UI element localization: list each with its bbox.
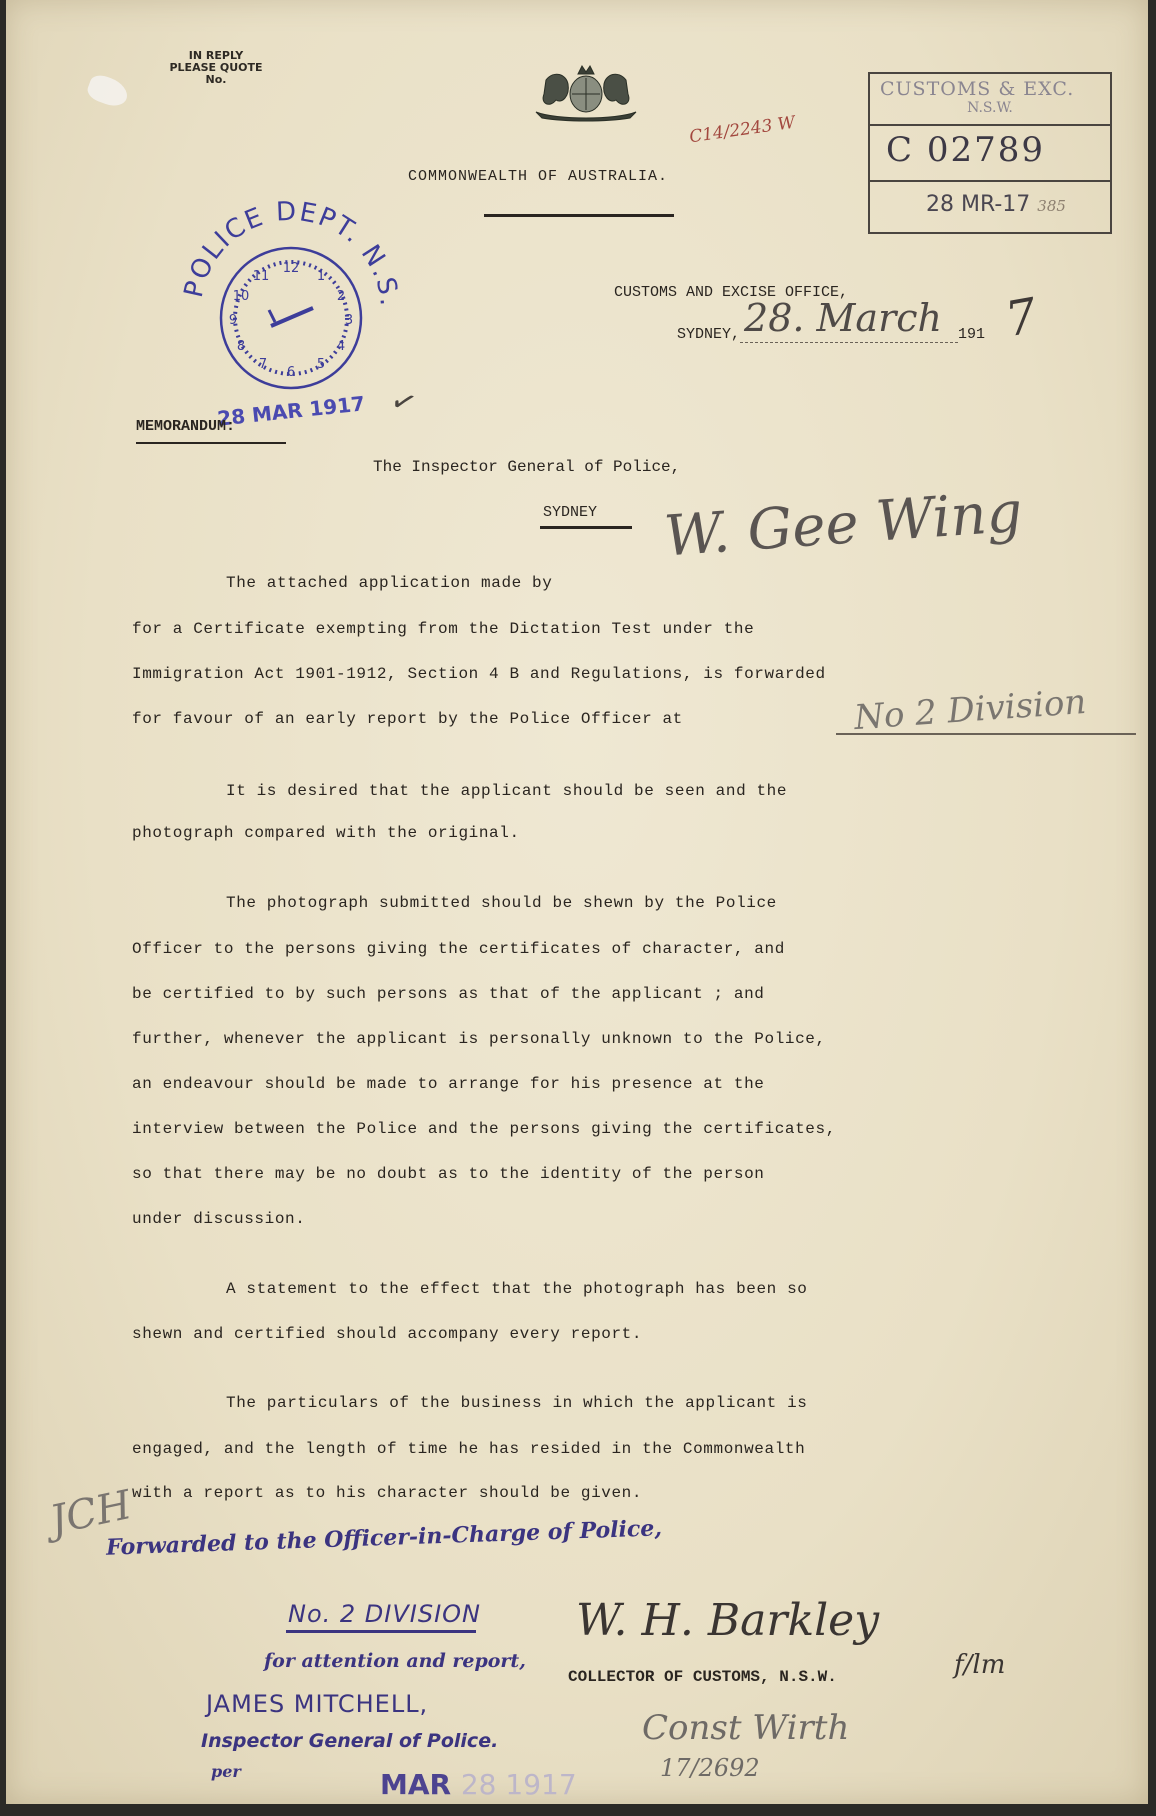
collector-signature: W. H. Barkley [576,1595,879,1646]
inspector-name: JAMES MITCHELL, [206,1690,428,1718]
svg-text:28 MAR 1917: 28 MAR 1917 [216,391,366,430]
svg-text:7: 7 [259,357,267,372]
collector-initials: f/lm [954,1650,1005,1680]
body-line: interview between the Police and the per… [132,1120,836,1138]
title-rule [484,214,674,217]
attention-line: for attention and report, [264,1650,526,1672]
body-line: Officer to the persons giving the certif… [132,940,785,958]
memorandum-label: MEMORANDUM: [136,418,235,435]
customs-received-stamp: CUSTOMS & EXC. N.S.W. C 02789 28 MR-17 3… [868,72,1112,234]
svg-text:9: 9 [229,313,237,328]
received-month: MAR [380,1768,451,1801]
stamp-divider [870,124,1110,126]
body-line: so that there may be no doubt as to the … [132,1165,765,1183]
police-dept-clock-stamp-icon: POLICE DEPT. N.S.W. 1212 345 678 91011 2… [171,190,411,430]
handwritten-division: No 2 Division [853,682,1088,738]
coat-of-arms-icon [526,60,646,122]
svg-text:3: 3 [345,313,353,328]
svg-text:12: 12 [283,261,300,276]
svg-text:8: 8 [237,339,245,354]
svg-text:10: 10 [233,289,250,304]
division-stamp-underline [286,1630,476,1633]
stamp-date-text: 28 MR-17 [926,192,1030,217]
received-date-stamp: MAR 28 1917 [380,1768,577,1801]
body-line: for favour of an early report by the Pol… [132,710,683,728]
handwritten-applicant-name: W. Gee Wing [662,480,1024,570]
body-line: It is desired that the applicant should … [226,782,787,800]
stamp-line-2: N.S.W. [870,100,1110,116]
date-fill-line: 28. March [740,324,958,343]
forwarded-stamp-line: Forwarded to the Officer-in-Charge of Po… [106,1515,663,1560]
body-line: further, whenever the applicant is perso… [132,1030,826,1048]
body-line: engaged, and the length of time he has r… [132,1440,805,1458]
office-city: SYDNEY, [677,326,740,343]
addressee-rule [540,526,632,529]
inspector-title: Inspector General of Police. [201,1730,498,1752]
svg-text:POLICE DEPT. N.S.W.: POLICE DEPT. N.S.W. [171,190,404,309]
division-underline [836,733,1136,735]
constable-note: Const Wirth [642,1708,849,1748]
body-line: be certified to by such persons as that … [132,985,765,1003]
stamp-number: C 02789 [886,130,1045,170]
torn-corner [85,72,131,110]
svg-text:5: 5 [317,357,325,372]
svg-text:2: 2 [337,289,345,304]
handwritten-reference: C14/2243 W [688,113,796,148]
body-line: The photograph submitted should be shewn… [226,894,777,912]
body-line: Immigration Act 1901-1912, Section 4 B a… [132,665,826,683]
body-line: under discussion. [132,1210,305,1228]
addressee: The Inspector General of Police, [373,458,680,476]
stamp-date-note: 385 [1037,197,1066,215]
office-date-line: SYDNEY,28. March191 [677,324,985,343]
svg-text:4: 4 [337,339,345,354]
body-line: A statement to the effect that the photo… [226,1280,808,1298]
svg-text:6: 6 [287,365,295,380]
collector-title: COLLECTOR OF CUSTOMS, N.S.W. [568,1668,837,1686]
handwritten-year-digit: 7 [1001,288,1041,348]
memorandum-rule [136,442,286,444]
body-line: an endeavour should be made to arrange f… [132,1075,765,1093]
reply-quote-block: IN REPLY PLEASE QUOTE No. [156,50,276,86]
memorandum-page: IN REPLY PLEASE QUOTE No. COMMONWEALTH O… [6,0,1148,1804]
svg-text:11: 11 [253,269,270,284]
body-line: The attached application made by [226,574,552,592]
stamp-divider [870,180,1110,182]
constable-reference: 17/2692 [660,1754,760,1782]
forwarded-division: No. 2 DIVISION [288,1600,481,1628]
per-label: per [211,1762,241,1781]
stamp-line-1: CUSTOMS & EXC. [880,78,1074,100]
addressee-city: SYDNEY [543,504,597,521]
reply-line-3: No. [156,74,276,86]
handwritten-date: 28. March [744,296,942,340]
body-line: The particulars of the business in which… [226,1394,808,1412]
body-line: shewn and certified should accompany eve… [132,1325,642,1343]
body-line: photograph compared with the original. [132,824,520,842]
body-line: for a Certificate exempting from the Dic… [132,620,754,638]
received-day-year: 28 1917 [461,1768,577,1801]
body-line: with a report as to his character should… [132,1484,642,1502]
year-prefix: 191 [958,326,985,343]
stamp-date: 28 MR-17 385 [926,192,1066,217]
letterhead-title: COMMONWEALTH OF AUSTRALIA. [408,168,668,185]
svg-text:1: 1 [317,269,325,284]
